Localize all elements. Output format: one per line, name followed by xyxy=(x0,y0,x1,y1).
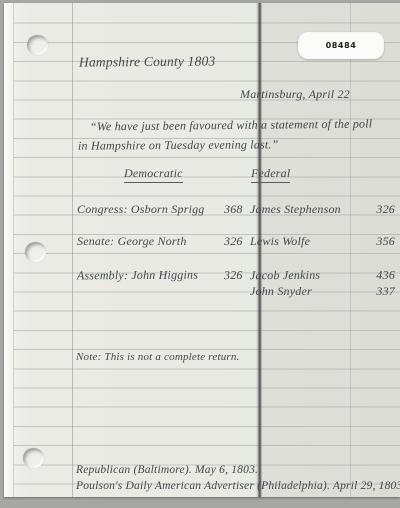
federal-votes: 356 xyxy=(364,234,395,249)
federal-entry: Lewis Wolfe xyxy=(250,234,310,249)
page-title: Hampshire County 1803 xyxy=(79,53,216,70)
democratic-votes: 326 xyxy=(224,268,243,283)
column-header-democratic: Democratic xyxy=(124,166,183,183)
democratic-votes: 368 xyxy=(224,202,243,217)
hole-punch-middle xyxy=(25,242,46,262)
federal-votes: 436 xyxy=(364,268,395,283)
column-header-federal: Federal xyxy=(251,166,290,183)
federal-entry: John Snyder xyxy=(250,284,312,299)
quote-line-1: “We have just been favoured with a state… xyxy=(90,117,372,135)
democratic-entry: Senate: George North xyxy=(77,234,187,249)
quote-line-2: in Hampshire on Tuesday evening last.” xyxy=(78,137,279,153)
paper-left-edge xyxy=(4,3,14,497)
scan-background: 08484 Hampshire County 1803 Martinsburg,… xyxy=(0,0,400,508)
source-citation: Poulson's Daily American Advertiser (Phi… xyxy=(76,480,400,492)
hole-punch-top xyxy=(27,35,48,55)
right-page-shade xyxy=(263,3,400,497)
federal-entry: Jacob Jenkins xyxy=(250,268,320,283)
democratic-entry: Congress: Osborn Sprigg xyxy=(77,202,205,217)
page-fold-shadow xyxy=(256,3,263,497)
margin-line xyxy=(72,3,73,497)
catalog-number: 08484 xyxy=(326,41,357,50)
paper-sheet: 08484 Hampshire County 1803 Martinsburg,… xyxy=(4,3,400,497)
federal-entry: James Stephenson xyxy=(250,202,341,217)
hole-punch-bottom xyxy=(23,448,44,468)
secondary-margin-line xyxy=(350,3,351,497)
federal-votes: 326 xyxy=(364,202,395,217)
democratic-entry: Assembly: John Higgins xyxy=(77,268,198,284)
dateline: Martinsburg, April 22 xyxy=(240,87,350,102)
federal-votes: 337 xyxy=(364,284,395,299)
note: Note: This is not a complete return. xyxy=(76,351,240,363)
source-citation: Republican (Baltimore). May 6, 1803. xyxy=(76,464,258,476)
catalog-label: 08484 xyxy=(298,32,384,59)
democratic-votes: 326 xyxy=(224,234,243,249)
